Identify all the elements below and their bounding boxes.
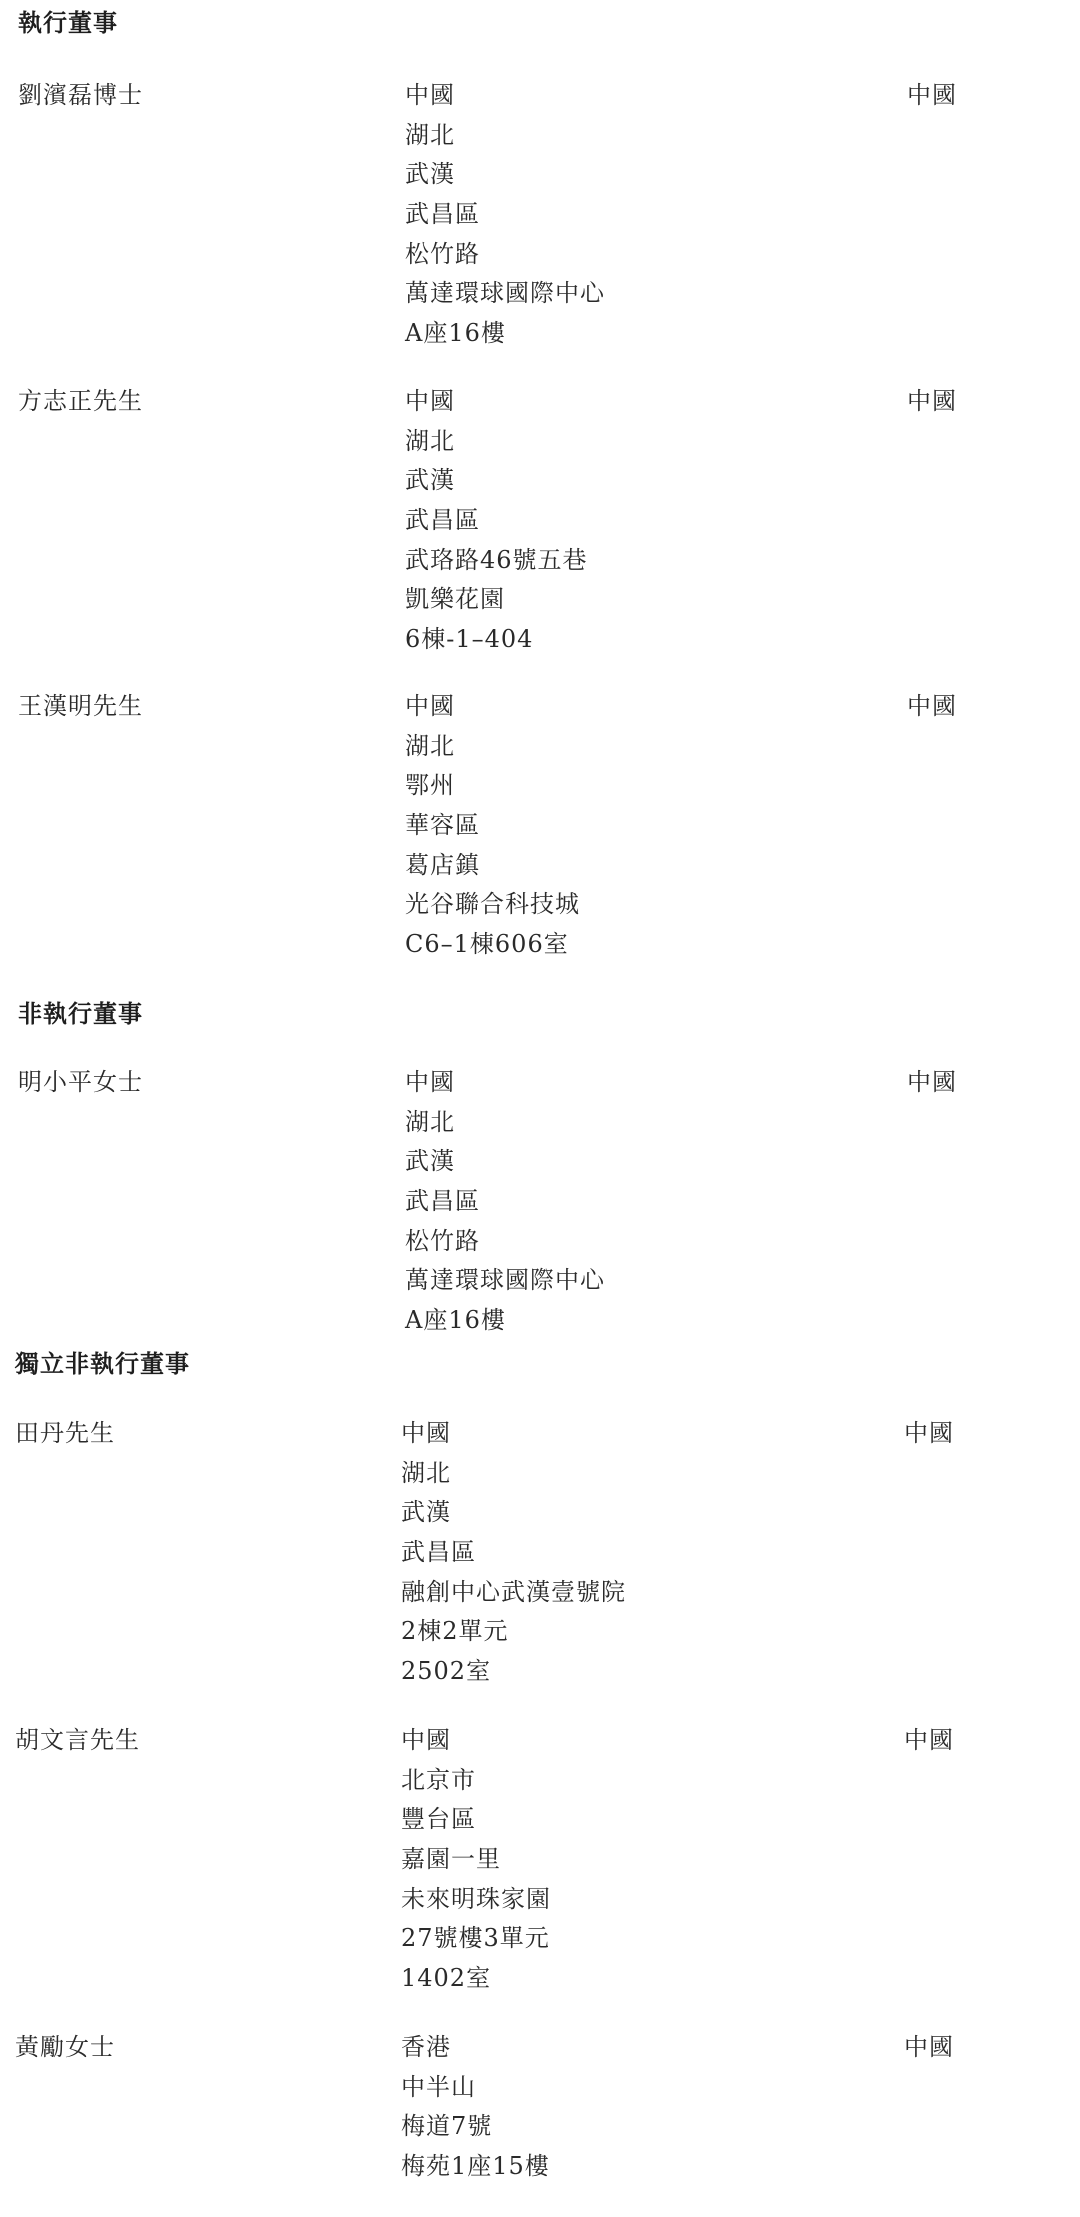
address-line: 嘉園一里 bbox=[401, 1844, 551, 1884]
address-line: 葛店鎮 bbox=[405, 850, 580, 890]
director-address: 中國 北京市 豐台區 嘉園一里 未來明珠家園 27號樓3單元 1402室 bbox=[401, 1725, 551, 2003]
address-line: 松竹路 bbox=[405, 239, 605, 279]
address-line: 華容區 bbox=[405, 810, 580, 850]
address-line: 中國 bbox=[401, 1418, 626, 1458]
director-nationality: 中國 bbox=[904, 1418, 954, 1448]
address-line: 湖北 bbox=[401, 1458, 626, 1498]
address-line: 鄂州 bbox=[405, 770, 580, 810]
address-line: 梅道7號 bbox=[401, 2111, 550, 2151]
address-line: 27號樓3單元 bbox=[401, 1923, 551, 1963]
director-nationality: 中國 bbox=[904, 2032, 954, 2062]
address-line: 中國 bbox=[405, 691, 580, 731]
address-line: 武珞路46號五巷 bbox=[405, 545, 588, 585]
director-address: 中國 湖北 武漢 武昌區 松竹路 萬達環球國際中心 A座16樓 bbox=[405, 1067, 605, 1345]
address-line: 武昌區 bbox=[405, 1186, 605, 1226]
address-line: 湖北 bbox=[405, 1107, 605, 1147]
address-line: 北京市 bbox=[401, 1765, 551, 1805]
director-name: 明小平女士 bbox=[18, 1067, 143, 1097]
director-name: 劉濱磊博士 bbox=[18, 80, 143, 110]
director-nationality: 中國 bbox=[907, 1067, 957, 1097]
director-nationality: 中國 bbox=[907, 80, 957, 110]
director-name: 黃勵女士 bbox=[15, 2032, 115, 2062]
address-line: 中國 bbox=[405, 80, 605, 120]
address-line: 1402室 bbox=[401, 1963, 551, 2003]
director-nationality: 中國 bbox=[907, 386, 957, 416]
address-line: 萬達環球國際中心 bbox=[405, 1265, 605, 1305]
address-line: 湖北 bbox=[405, 120, 605, 160]
address-line: 凱樂花園 bbox=[405, 584, 588, 624]
director-name: 胡文言先生 bbox=[15, 1725, 140, 1755]
address-line: 未來明珠家園 bbox=[401, 1884, 551, 1924]
director-address: 中國 湖北 武漢 武昌區 融創中心武漢壹號院 2棟2單元 2502室 bbox=[401, 1418, 626, 1696]
director-name: 王漢明先生 bbox=[18, 691, 143, 721]
address-line: 光谷聯合科技城 bbox=[405, 889, 580, 929]
section-heading-executive-directors: 執行董事 bbox=[18, 8, 118, 38]
director-address: 中國 湖北 武漢 武昌區 武珞路46號五巷 凱樂花園 6棟-1–404 bbox=[405, 386, 588, 664]
address-line: 武漢 bbox=[401, 1497, 626, 1537]
address-line: 2棟2單元 bbox=[401, 1616, 626, 1656]
address-line: A座16樓 bbox=[405, 318, 605, 358]
address-line: 武昌區 bbox=[405, 505, 588, 545]
director-address: 中國 湖北 鄂州 華容區 葛店鎮 光谷聯合科技城 C6–1棟606室 bbox=[405, 691, 580, 969]
address-line: 松竹路 bbox=[405, 1226, 605, 1266]
address-line: 2502室 bbox=[401, 1656, 626, 1696]
address-line: 武昌區 bbox=[405, 199, 605, 239]
address-line: 中國 bbox=[405, 386, 588, 426]
address-line: C6–1棟606室 bbox=[405, 929, 580, 969]
address-line: 萬達環球國際中心 bbox=[405, 278, 605, 318]
address-line: 6棟-1–404 bbox=[405, 624, 588, 664]
address-line: 梅苑1座15樓 bbox=[401, 2151, 550, 2191]
address-line: 豐台區 bbox=[401, 1804, 551, 1844]
address-line: 中國 bbox=[405, 1067, 605, 1107]
director-address: 中國 湖北 武漢 武昌區 松竹路 萬達環球國際中心 A座16樓 bbox=[405, 80, 605, 358]
director-name: 田丹先生 bbox=[15, 1418, 115, 1448]
address-line: 武漢 bbox=[405, 159, 605, 199]
address-line: 武漢 bbox=[405, 1146, 605, 1186]
section-heading-non-executive-directors: 非執行董事 bbox=[18, 999, 143, 1029]
address-line: 武昌區 bbox=[401, 1537, 626, 1577]
director-nationality: 中國 bbox=[907, 691, 957, 721]
address-line: A座16樓 bbox=[405, 1305, 605, 1345]
section-heading-independent-non-executive-directors: 獨立非執行董事 bbox=[15, 1349, 190, 1379]
address-line: 湖北 bbox=[405, 731, 580, 771]
address-line: 中國 bbox=[401, 1725, 551, 1765]
director-address: 香港 中半山 梅道7號 梅苑1座15樓 bbox=[401, 2032, 550, 2191]
address-line: 香港 bbox=[401, 2032, 550, 2072]
director-nationality: 中國 bbox=[904, 1725, 954, 1755]
director-name: 方志正先生 bbox=[18, 386, 143, 416]
address-line: 中半山 bbox=[401, 2072, 550, 2112]
address-line: 武漢 bbox=[405, 465, 588, 505]
address-line: 湖北 bbox=[405, 426, 588, 466]
address-line: 融創中心武漢壹號院 bbox=[401, 1577, 626, 1617]
